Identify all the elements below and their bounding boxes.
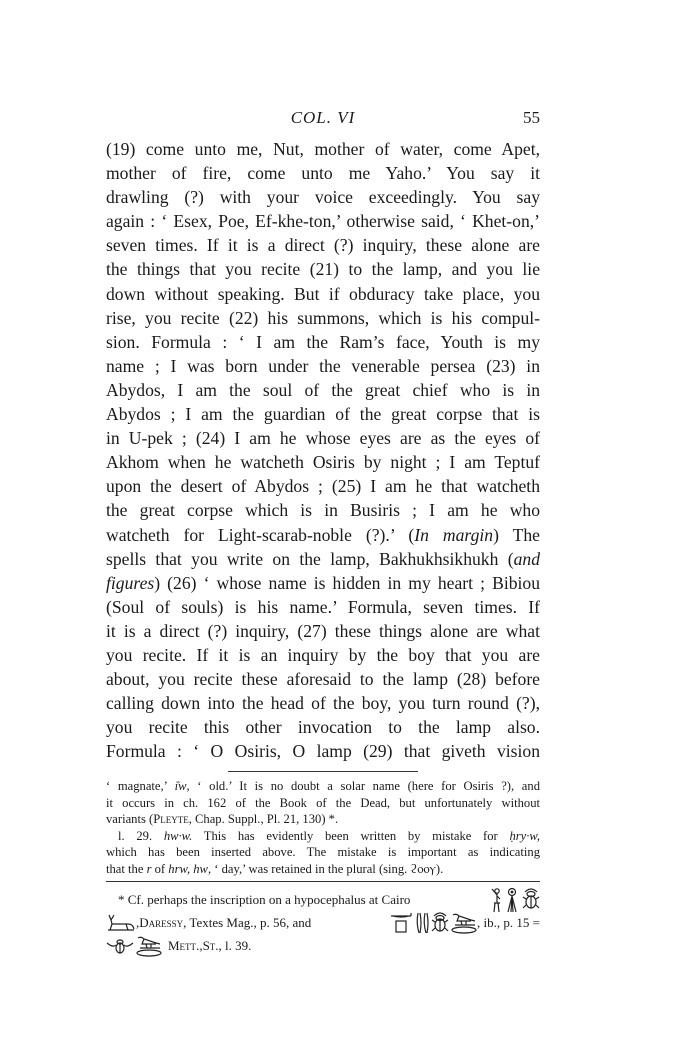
text-fragment: l. 29. (118, 829, 164, 843)
footnote-line: that the r of hrw, hw, ‘ day,’ was retai… (106, 861, 540, 878)
man-with-raised-arm-hieroglyph-icon (488, 887, 502, 913)
text-fragment: , Textes Mag., p. 56, and (183, 911, 311, 934)
text-line: sion. Formula : ‘ I am the Ram’s face, Y… (106, 330, 540, 354)
italic-note: and (514, 549, 540, 569)
text-line: watcheth for Light-scarab-noble (?).’ (I… (106, 523, 540, 547)
scarab-hieroglyph-icon (431, 911, 449, 935)
text-line: in U-pek ; (24) I am he whose eyes are a… (106, 426, 540, 450)
text-line: upon the desert of Abydos ; (25) I am he… (106, 474, 540, 498)
line-start: , Daressy, Textes Mag., p. 56, and (106, 911, 311, 934)
text-line: about, you recite these aforesaid to the… (106, 667, 540, 691)
scarab-hieroglyph-icon (522, 887, 540, 913)
star-note-line: Mett., St., l. 39. (106, 934, 540, 957)
author-name: Daressy (139, 911, 183, 934)
text-line: you recite this other invocation to the … (106, 715, 540, 739)
text-line: Abydos ; I am the guardian of the great … (106, 402, 540, 426)
text-fragment: that the (106, 862, 147, 876)
sun-disk-with-rays-hieroglyph-icon (505, 887, 519, 913)
double-reed-hieroglyph-icon (415, 911, 431, 935)
text-fragment: of (151, 862, 168, 876)
page-number: 55 (523, 108, 540, 128)
main-text: (19) come unto me, Nut, mother of water,… (106, 137, 540, 763)
star-note-line: , Daressy, Textes Mag., p. 56, and , ib.… (106, 911, 540, 934)
hieroglyph-group (488, 887, 541, 913)
bird-on-basin-hieroglyph-icon (449, 911, 477, 935)
shrine-square-hieroglyph-icon (389, 912, 415, 934)
text-fragment: , ‘ old.’ It is no doubt a solar name (h… (186, 779, 540, 793)
text-fragment: ) (26) ‘ whose name is hidden in my hear… (154, 573, 540, 593)
footnote-line: l. 29. hw·w. This has evidently been wri… (106, 828, 540, 845)
transliteration: i͗w (175, 779, 187, 793)
book-page: COL. VI 55 (19) come unto me, Nut, mothe… (106, 104, 540, 957)
author-name: Pleyte (153, 812, 189, 826)
hieroglyph-group: , ib., p. 15 = (389, 911, 540, 935)
text-line: figures) (26) ‘ whose name is hidden in … (106, 571, 540, 595)
text-line: the things that you recite (21) to the l… (106, 257, 540, 281)
text-line: (Soul of souls) is his name.’ Formula, s… (106, 595, 540, 619)
text-fragment: , Chap. Suppl., Pl. 21, 130) *. (189, 812, 338, 826)
transliteration: ḥry·w, (509, 829, 540, 843)
text-fragment: , l. 39. (219, 934, 252, 957)
text-line: rise, you recite (22) his summons, which… (106, 306, 540, 330)
text-line: it is a direct (?) inquiry, (27) these t… (106, 619, 540, 643)
text-fragment: variants ( (106, 812, 153, 826)
italic-note-in-margin: In margin (414, 525, 493, 545)
text-line: drawling (?) with your voice exceedingly… (106, 185, 540, 209)
transliteration: hrw, hw (168, 862, 208, 876)
text-line: you recite. If it is an inquiry by the b… (106, 643, 540, 667)
text-fragment: ) The (493, 525, 540, 545)
star-footnote: * Cf. perhaps the inscription on a hypoc… (106, 888, 540, 957)
italic-note: figures (106, 573, 154, 593)
footnote-line: it occurs in ch. 162 of the Book of the … (106, 795, 540, 812)
footnote-line: variants (Pleyte, Chap. Suppl., Pl. 21, … (106, 811, 540, 828)
text-line: (19) come unto me, Nut, mother of water,… (106, 137, 540, 161)
footnote-line: which has been inserted above. The mista… (106, 844, 540, 861)
text-line: spells that you write on the lamp, Bakhu… (106, 547, 540, 571)
text-fragment: * Cf. perhaps the inscription on a hypoc… (106, 888, 410, 911)
text-line: mother of fire, come unto me Yaho.’ You … (106, 161, 540, 185)
column-title: COL. VI (106, 108, 540, 128)
text-line: seven times. If it is a direct (?) inqui… (106, 233, 540, 257)
text-line: Formula : ‘ O Osiris, O lamp (29) that g… (106, 739, 540, 763)
text-fragment: This has evidently been written by mista… (192, 829, 509, 843)
text-line: down without speaking. But if obduracy t… (106, 282, 540, 306)
text-line: Abydos, I am the soul of the great chief… (106, 378, 540, 402)
text-fragment: watcheth for Light-scarab-noble (?).’ ( (106, 525, 414, 545)
transliteration: hw·w. (164, 829, 192, 843)
text-line: calling down into the head of the boy, y… (106, 691, 540, 715)
footnote-line: ‘ magnate,’ i͗w, ‘ old.’ It is no doubt … (106, 778, 540, 795)
footnotes: ‘ magnate,’ i͗w, ‘ old.’ It is no doubt … (106, 778, 540, 877)
source-abbrev: St. (203, 934, 219, 957)
text-fragment: , ‘ day,’ was retained in the plural (si… (208, 862, 443, 876)
text-fragment: spells that you write on the lamp, Bakhu… (106, 549, 514, 569)
star-note-line: * Cf. perhaps the inscription on a hypoc… (106, 888, 540, 911)
text-line: Akhom when he watcheth Osiris by night ;… (106, 450, 540, 474)
text-fragment: , ib., p. 15 = (477, 911, 540, 934)
winged-scarab-hieroglyph-icon (106, 936, 134, 956)
text-line: name ; I was born under the venerable pe… (106, 354, 540, 378)
running-head: COL. VI 55 (106, 104, 540, 130)
author-name: Mett. (168, 934, 199, 957)
text-fragment: ‘ magnate,’ (106, 779, 175, 793)
recumbent-jackal-hieroglyph-icon (106, 913, 136, 933)
text-line: again : ‘ Esex, Poe, Ef-khe-ton,’ otherw… (106, 209, 540, 233)
text-line: the great corpse which is in Busiris ; I… (106, 498, 540, 522)
bird-on-basin-hieroglyph-icon (134, 934, 162, 958)
star-note-divider (106, 881, 540, 882)
footnote-divider (228, 771, 418, 772)
